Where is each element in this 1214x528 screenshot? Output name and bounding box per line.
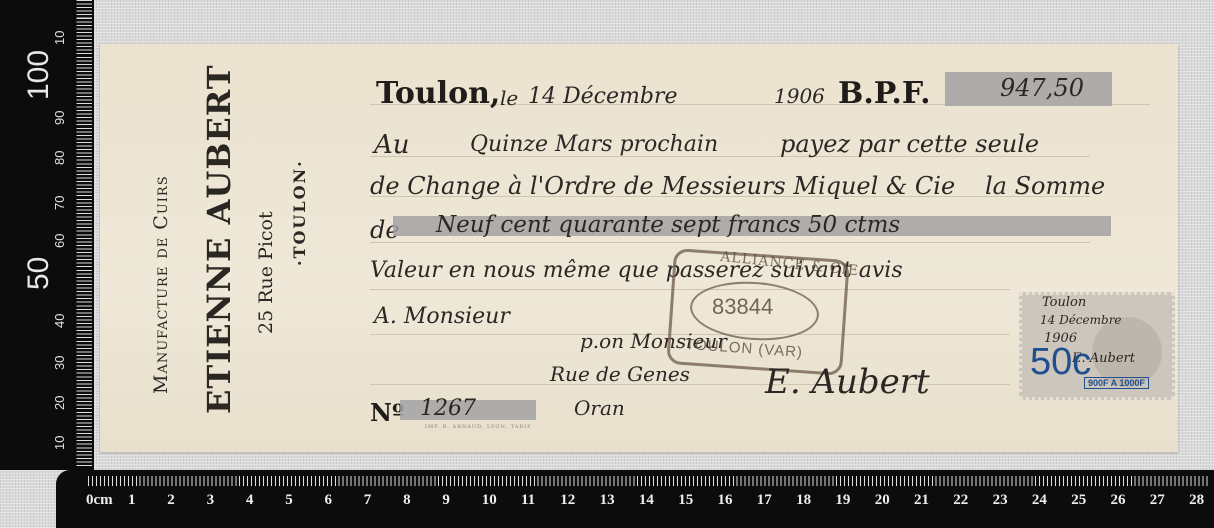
vertical-ruler: 100 50 10 90 80 70 60 40 30 20 10: [0, 0, 94, 470]
ruler-label: 4: [246, 492, 254, 509]
ruler-label: 13: [600, 492, 615, 509]
date-written: 14 Décembre: [528, 84, 677, 109]
ruler-label: 27: [1150, 492, 1165, 509]
order-clause: de Change à l'Ordre de Messieurs Miquel …: [370, 172, 955, 200]
amount-figures: 947,50: [1000, 74, 1084, 102]
ruler-label: 11: [521, 492, 535, 509]
number-value: 1267: [420, 396, 476, 421]
ruler-label: 2: [167, 492, 175, 509]
drawee-city: Oran: [574, 396, 625, 420]
amount-words: Neuf cent quarante sept francs 50 ctms: [436, 212, 900, 238]
stamp-range: 900F A 1000F: [1084, 377, 1149, 389]
ruler-label: 20: [875, 492, 890, 509]
bill-of-exchange: Manufacture de Cuirs ETIENNE AUBERT 25 R…: [100, 44, 1178, 452]
letterhead-city: ·TOULON·: [290, 159, 309, 266]
ruler-label: 7: [364, 492, 372, 509]
ruler-label: 14: [639, 492, 654, 509]
ruler-label: 70: [52, 196, 67, 210]
stamp-cancel-line: 14 Décembre: [1040, 313, 1122, 327]
ruler-label: 10: [52, 31, 67, 45]
ruler-label: 12: [560, 492, 575, 509]
ruler-label: 16: [718, 492, 733, 509]
ruler-label: 10: [52, 436, 67, 450]
place-label: Toulon,: [376, 76, 500, 111]
ruler-label: 60: [52, 234, 67, 248]
number-label: Nº: [370, 398, 404, 427]
drawee-street: Rue de Genes: [550, 362, 690, 386]
sum-label: la Somme: [985, 172, 1105, 200]
ruler-label: 100: [22, 50, 56, 100]
ruler-label: 28: [1189, 492, 1204, 509]
ruler-label: 26: [1111, 492, 1126, 509]
ruler-label: 19: [835, 492, 850, 509]
due-date: Quinze Mars prochain: [470, 132, 718, 157]
ruler-label: 40: [52, 314, 67, 328]
ruler-label: 3: [207, 492, 215, 509]
ruler-label: 8: [403, 492, 411, 509]
ruler-label: 10: [482, 492, 497, 509]
signature: E. Aubert: [765, 362, 930, 402]
ruler-label: 20: [52, 396, 67, 410]
revenue-stamp: Toulon 14 Décembre 1906 E. Aubert 50c 90…: [1019, 292, 1175, 400]
bpf-label: B.P.F.: [838, 76, 931, 111]
ruler-label: 1: [128, 492, 136, 509]
au-label: Au: [374, 130, 410, 160]
letterhead-company: ETIENNE AUBERT: [200, 64, 238, 414]
ruler-label: 6: [325, 492, 333, 509]
ruler-label: 17: [757, 492, 772, 509]
vertical-ruler-ticks: [66, 0, 92, 468]
ruler-label: 23: [993, 492, 1008, 509]
pay-clause: payez par cette seule: [780, 130, 1039, 158]
ruler-label: 18: [796, 492, 811, 509]
printer-imprint: IMP. B. ARNAUD, LYON, TARIF: [425, 424, 532, 430]
letterhead-trade: Manufacture de Cuirs: [150, 175, 172, 394]
ruler-unit: 0cm: [86, 492, 113, 509]
ruler-label: 30: [52, 356, 67, 370]
ruler-label: 15: [678, 492, 693, 509]
ruler-label: 90: [52, 111, 67, 125]
ruler-label: 22: [953, 492, 968, 509]
ruler-label: 5: [285, 492, 293, 509]
stamp-cancel-line: Toulon: [1042, 295, 1086, 310]
ruler-label: 9: [442, 492, 450, 509]
date-prefix: le: [500, 86, 518, 110]
letterhead-address: 25 Rue Picot: [255, 211, 277, 334]
drawee-label: A. Monsieur: [374, 304, 510, 329]
stamp-number: 83844: [712, 294, 773, 320]
ruler-label: 21: [914, 492, 929, 509]
stamp-value: 50c: [1030, 341, 1091, 384]
ruler-label: 50: [22, 257, 56, 290]
year: 1906: [774, 84, 825, 108]
ruler-label: 24: [1032, 492, 1047, 509]
ruler-label: 80: [52, 151, 67, 165]
ruler-label: 25: [1071, 492, 1086, 509]
